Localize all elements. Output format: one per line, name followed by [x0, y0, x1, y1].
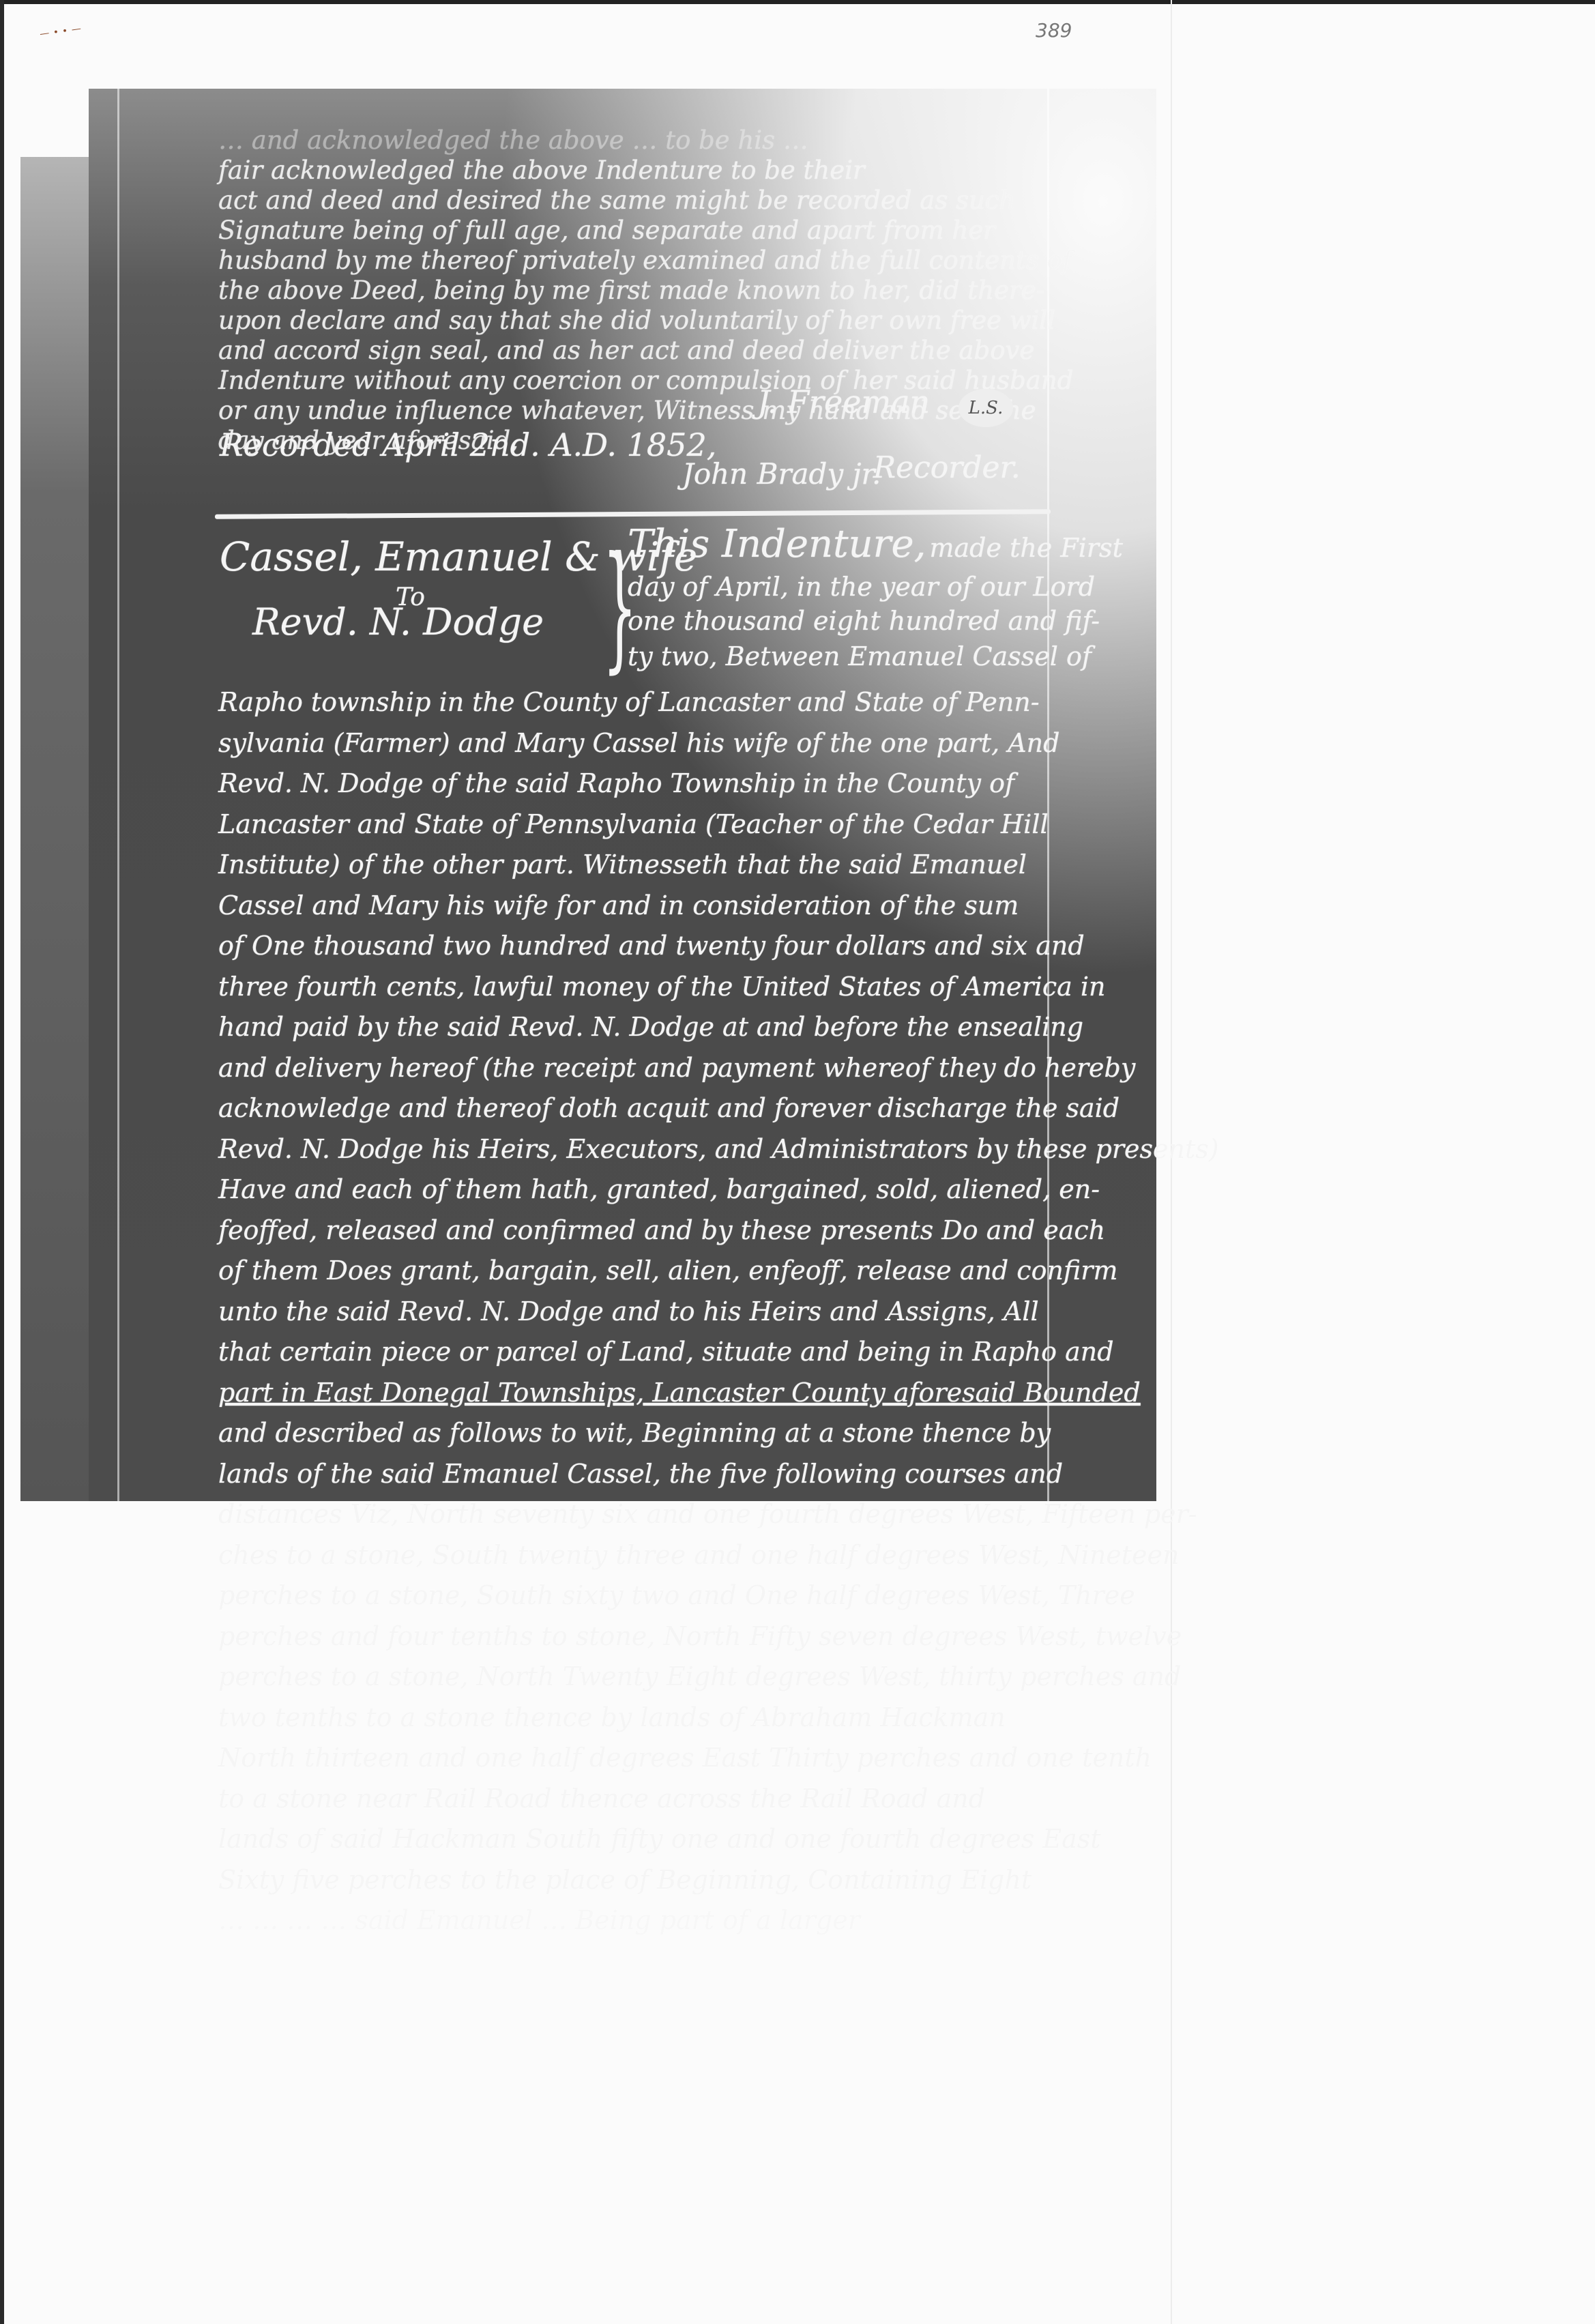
- text-line: Lancaster and State of Pennsylvania (Tea…: [218, 804, 1051, 845]
- photostat-left-strip: [20, 157, 89, 1501]
- text-line: Have and each of them hath, granted, bar…: [218, 1170, 1051, 1210]
- text-line: of One thousand two hundred and twenty f…: [218, 926, 1051, 967]
- text-line: sylvania (Farmer) and Mary Cassel his wi…: [218, 723, 1051, 764]
- text-line: acknowledge and thereof doth acquit and …: [218, 1088, 1051, 1129]
- intro-line: one thousand eight hundred and fif-: [628, 606, 1100, 636]
- recorder-signature: John Brady jr.: [682, 457, 881, 491]
- text-line: and accord sign seal, and as her act and…: [218, 336, 1037, 366]
- text-line: unto the said Revd. N. Dodge and to his …: [218, 1292, 1051, 1333]
- text-line: lands of the said Emanuel Cassel, the fi…: [218, 1454, 1051, 1495]
- text-line: distances Viz, North seventy six and one…: [218, 1494, 1051, 1535]
- text-line: to a stone near Rail Road thence across …: [218, 1779, 1051, 1820]
- text-line: [218, 96, 1037, 126]
- text-line: Institute) of the other part. Witnesseth…: [218, 845, 1051, 886]
- text-line: perches to a stone, North Twenty Eight d…: [218, 1657, 1051, 1698]
- text-line-underlined: part in East Donegal Townships, Lancaste…: [218, 1373, 1051, 1414]
- deed-heading-rest: made the First: [929, 533, 1122, 563]
- text-line: perches and four tenths to stone, North …: [218, 1616, 1051, 1657]
- page-number: 389: [1036, 19, 1072, 42]
- text-line: three fourth cents, lawful money of the …: [218, 967, 1051, 1008]
- scan-edge-top: [0, 0, 1595, 4]
- text-line: lands of said Hackman South fifty one an…: [218, 1819, 1051, 1860]
- text-line: the above Deed, being by me first made k…: [218, 276, 1037, 306]
- text-line: perches to a stone, South sixty two and …: [218, 1575, 1051, 1616]
- text-line: two tenths to a stone thence by lands of…: [218, 1698, 1051, 1739]
- corner-mark: — ∙ ∙ —: [39, 23, 83, 40]
- text-line: Revd. N. Dodge his Heirs, Executors, and…: [218, 1129, 1051, 1170]
- text-line: feoffed, released and confirmed and by t…: [218, 1210, 1051, 1251]
- text-line: North thirteen and one half degrees East…: [218, 1738, 1051, 1779]
- text-line: upon declare and say that she did volunt…: [218, 306, 1037, 336]
- text-line: of them Does grant, bargain, sell, alien…: [218, 1251, 1051, 1292]
- text-line: hand paid by the said Revd. N. Dodge at …: [218, 1007, 1051, 1048]
- seal-icon: L.S.: [959, 389, 1013, 427]
- justice-signature: J. Freeman: [757, 383, 930, 420]
- recorder-title: Recorder.: [873, 450, 1021, 485]
- text-line: Signature being of full age, and separat…: [218, 216, 1037, 246]
- caption-grantee: Revd. N. Dodge: [252, 600, 544, 643]
- margin-rule: [117, 89, 119, 1501]
- text-line-cut-off: … … … … said Emanuel … Being part of a l…: [218, 1900, 1051, 1941]
- deed-title: This Indenture,: [628, 522, 926, 566]
- text-line: … and acknowledged the above … to be his…: [218, 126, 1037, 156]
- text-line: ches to a stone, South twenty three and …: [218, 1535, 1051, 1576]
- intro-line: day of April, in the year of our Lord: [628, 572, 1095, 602]
- text-line: act and deed and desired the same might …: [218, 186, 1037, 216]
- text-line: fair acknowledged the above Indenture to…: [218, 156, 1037, 186]
- deed-body: Rapho township in the County of Lancaste…: [218, 682, 1051, 1941]
- scan-edge-left: [0, 0, 4, 2324]
- deed-heading: This Indenture, made the First: [628, 522, 1123, 566]
- text-line: Revd. N. Dodge of the said Rapho Townshi…: [218, 764, 1051, 804]
- recorded-date: Recorded April 2nd. A.D. 1852,: [220, 426, 716, 463]
- text-line: that certain piece or parcel of Land, si…: [218, 1332, 1051, 1373]
- text-line: Rapho township in the County of Lancaste…: [218, 682, 1051, 723]
- text-line: Cassel and Mary his wife for and in cons…: [218, 886, 1051, 927]
- text-line: Sixty five perches to the place of Begin…: [218, 1860, 1051, 1901]
- text-line: and described as follows to wit, Beginni…: [218, 1413, 1051, 1454]
- text-line: husband by me thereof privately examined…: [218, 246, 1037, 276]
- text-line: and delivery hereof (the receipt and pay…: [218, 1048, 1051, 1089]
- intro-line: ty two, Between Emanuel Cassel of: [628, 641, 1092, 671]
